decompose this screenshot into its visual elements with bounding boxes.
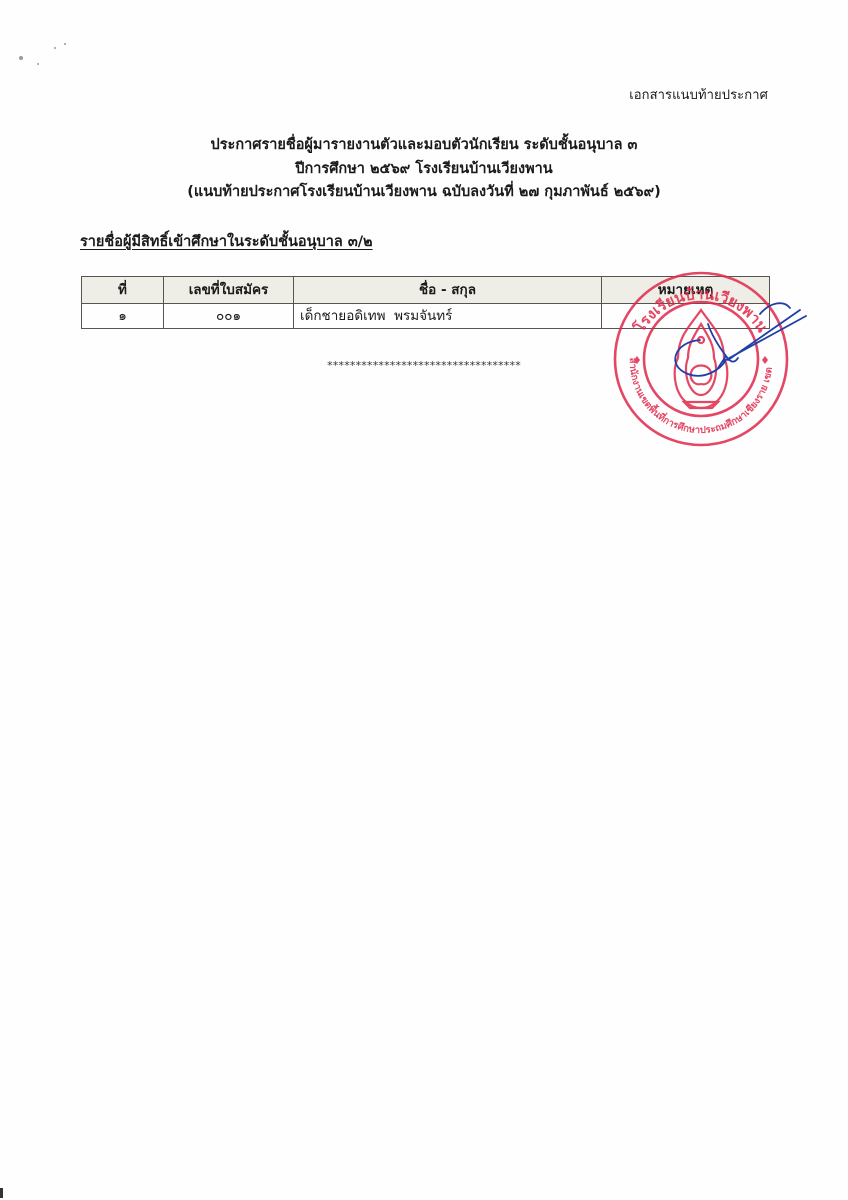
scan-speck	[19, 56, 23, 60]
scan-speck	[0, 1188, 3, 1198]
cell-number: ๑	[82, 304, 164, 329]
header-full-name: ชื่อ - สกุล	[294, 277, 602, 304]
end-of-list-rule: **********************************	[0, 359, 848, 372]
section-heading: รายชื่อผู้มีสิทธิ์เข้าศึกษาในระดับชั้นอน…	[80, 230, 373, 253]
student-roster-table: ที่ เลขที่ใบสมัคร ชื่อ - สกุล หมายเหตุ ๑…	[81, 276, 770, 329]
title-line-2: ปีการศึกษา ๒๕๖๙ โรงเรียนบ้านเวียงพาน	[0, 158, 848, 182]
scan-speck	[37, 63, 39, 65]
document-page: เอกสารแนบท้ายประกาศ ประกาศรายชื่อผู้มารา…	[0, 0, 848, 1200]
announcement-title: ประกาศรายชื่อผู้มารายงานตัวและมอบตัวนักเ…	[0, 134, 848, 205]
scan-speck	[54, 47, 56, 49]
header-number: ที่	[82, 277, 164, 304]
cell-remarks	[602, 304, 770, 329]
table-header-row: ที่ เลขที่ใบสมัคร ชื่อ - สกุล หมายเหตุ	[82, 277, 770, 304]
cell-full-name: เด็กชายอดิเทพ พรมจันทร์	[294, 304, 602, 329]
cell-application-no: ๐๐๑	[164, 304, 294, 329]
scan-speck	[64, 43, 66, 45]
title-line-3: (แนบท้ายประกาศโรงเรียนบ้านเวียงพาน ฉบับล…	[0, 181, 848, 205]
header-application-no: เลขที่ใบสมัคร	[164, 277, 294, 304]
table-row: ๑ ๐๐๑ เด็กชายอดิเทพ พรมจันทร์	[82, 304, 770, 329]
attachment-note: เอกสารแนบท้ายประกาศ	[629, 84, 768, 105]
header-remarks: หมายเหตุ	[602, 277, 770, 304]
title-line-1: ประกาศรายชื่อผู้มารายงานตัวและมอบตัวนักเ…	[0, 134, 848, 158]
